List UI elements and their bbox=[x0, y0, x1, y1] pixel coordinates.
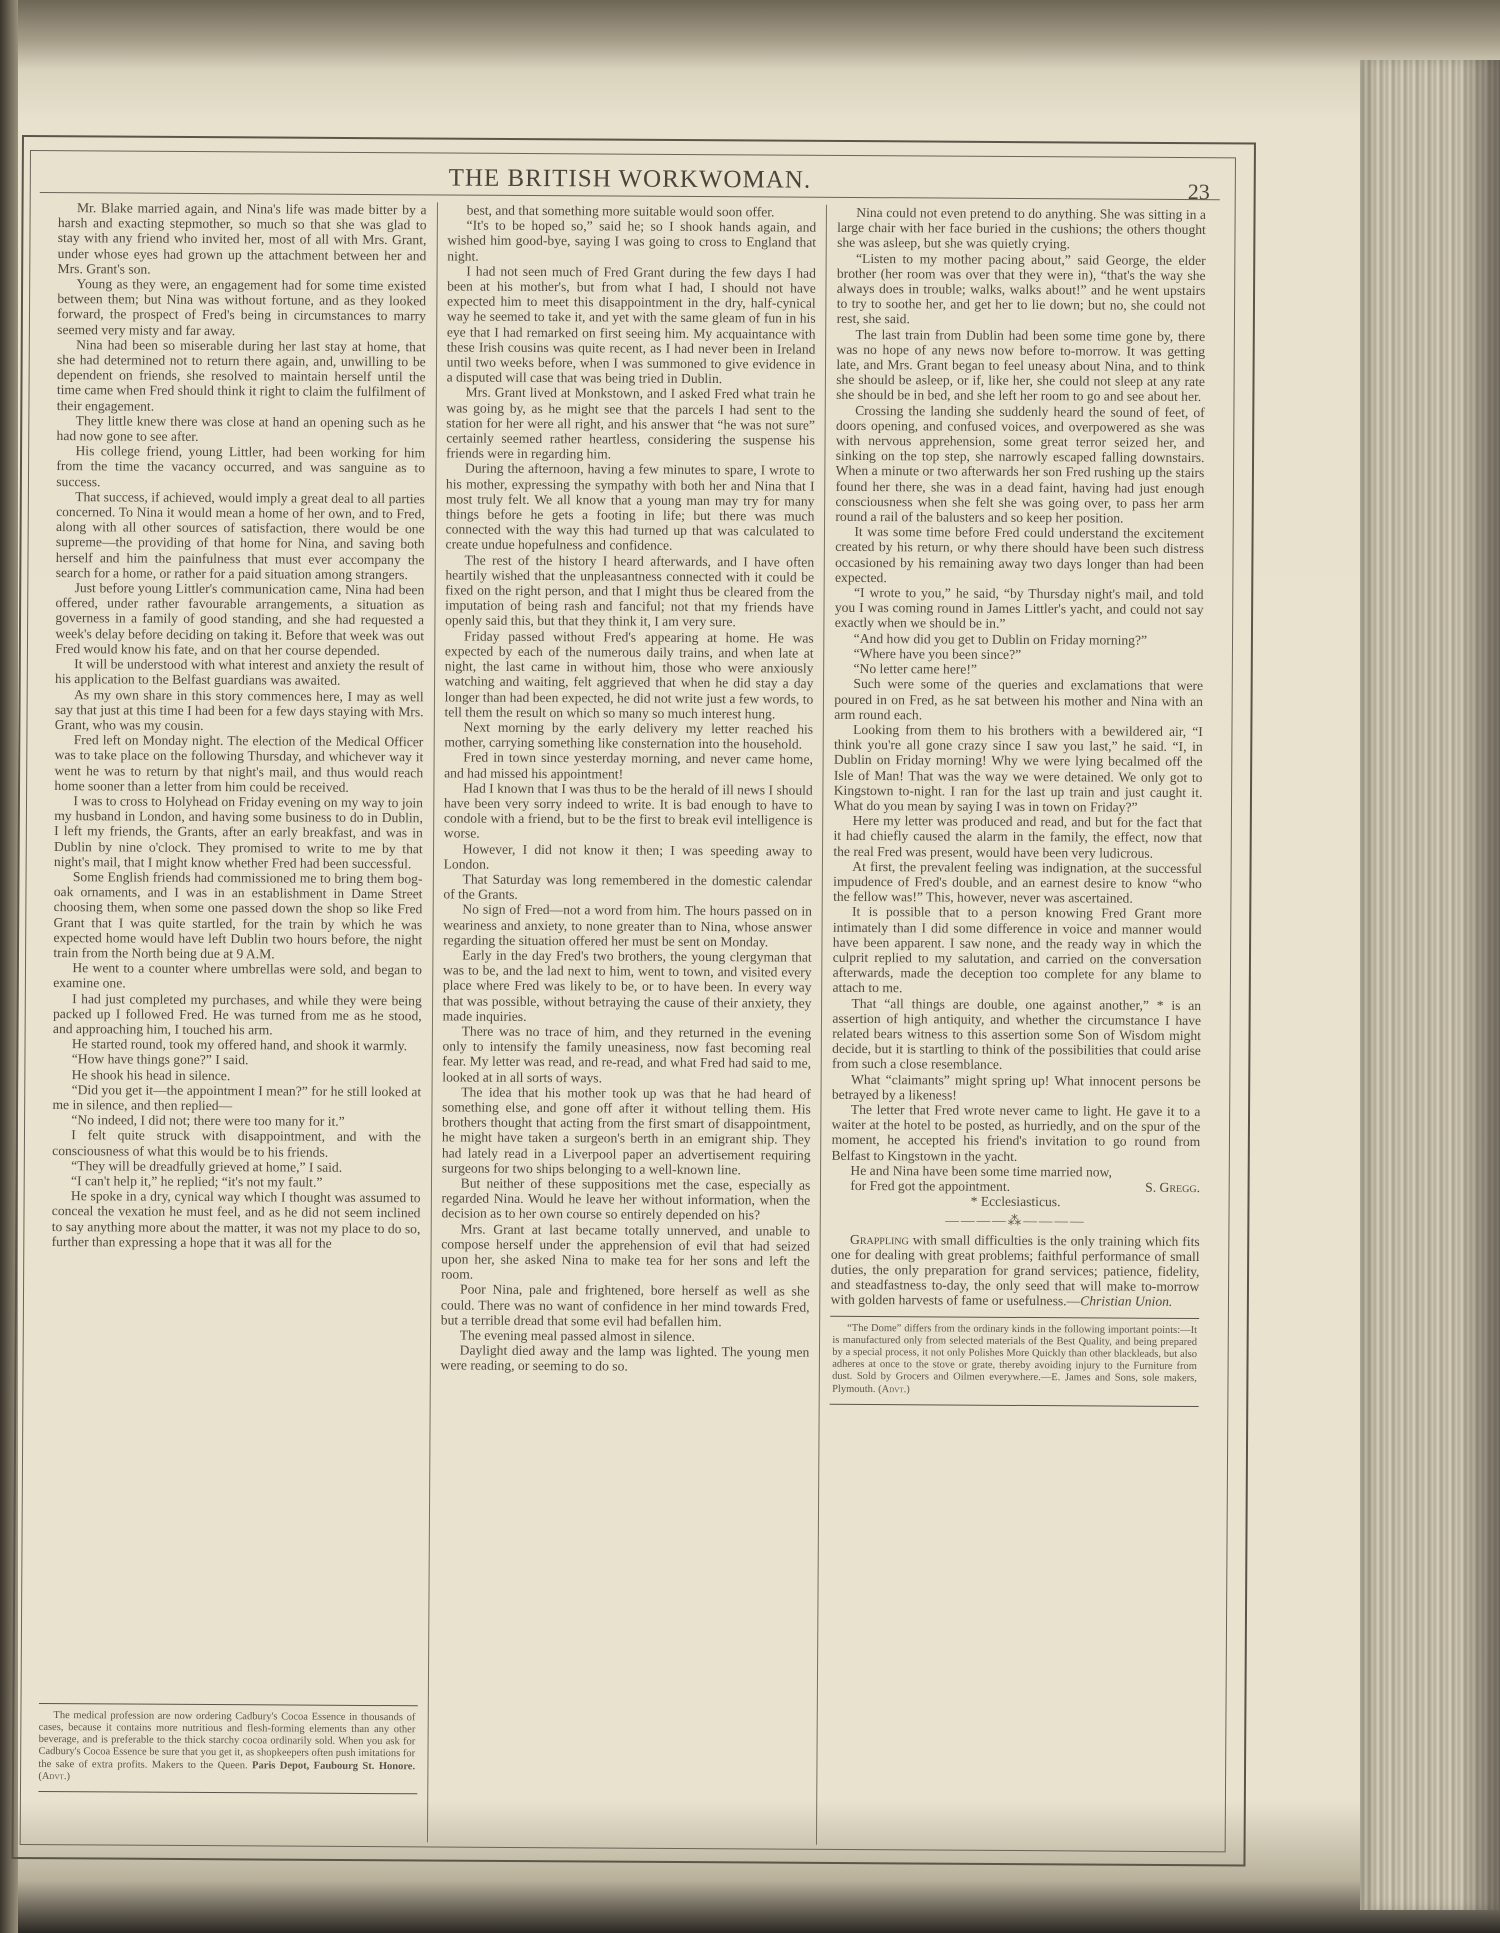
story-paragraph: “It's to be hoped so,” said he; so I sho… bbox=[447, 218, 816, 266]
story-paragraph: I had just completed my purchases, and w… bbox=[53, 991, 422, 1039]
column-left: Mr. Blake married again, and Nina's life… bbox=[38, 200, 437, 1842]
footnote: * Ecclesiasticus. bbox=[831, 1193, 1200, 1210]
story-paragraph: I felt quite struck with disappointment,… bbox=[52, 1127, 421, 1160]
story-paragraph: Friday passed without Fred's appearing a… bbox=[445, 628, 814, 721]
story-paragraph: I was to cross to Holyhead on Friday eve… bbox=[54, 793, 423, 871]
story-paragraph: The letter that Fred wrote never came to… bbox=[831, 1102, 1200, 1165]
story-paragraph: Fred in town since yesterday morning, an… bbox=[444, 750, 813, 783]
story-paragraph: Young as they were, an engagement had fo… bbox=[57, 276, 426, 339]
story-paragraph: However, I did not know it then; I was s… bbox=[444, 841, 813, 874]
story-paragraph: That Saturday was long remembered in the… bbox=[443, 871, 812, 904]
story-paragraph: Had I known that I was thus to be the he… bbox=[444, 780, 813, 843]
story-paragraph: That success, if achieved, would imply a… bbox=[56, 489, 425, 582]
column-right: Nina could not even pretend to do anythi… bbox=[816, 205, 1216, 1847]
page-number: 23 bbox=[1188, 179, 1210, 205]
story-paragraph: Some English friends had commissioned me… bbox=[53, 869, 422, 962]
ad-address: Paris Depot, Faubourg St. Honore. bbox=[252, 1760, 415, 1772]
advertisement-text: The medical profession are now ordering … bbox=[38, 1710, 415, 1786]
author-name: S. Gregg. bbox=[1126, 1180, 1200, 1196]
quote-source: Christian Union. bbox=[1080, 1294, 1172, 1310]
advertisement: The medical profession are now ordering … bbox=[38, 1703, 417, 1795]
story-paragraph: Looking from them to his brothers with a… bbox=[834, 722, 1203, 815]
story-paragraph: “Did you get it—the appointment I mean?”… bbox=[52, 1082, 421, 1115]
story-paragraph: Nina had been so miserable during her la… bbox=[57, 337, 426, 415]
story-paragraph: His college friend, young Littler, had b… bbox=[56, 443, 425, 491]
story-paragraph: “How have things gone?” I said. bbox=[53, 1051, 422, 1068]
story-paragraph: They little knew there was close at hand… bbox=[57, 413, 426, 446]
story-paragraph: It was some time before Fred could under… bbox=[835, 524, 1204, 587]
story-paragraph: Daylight died away and the lamp was ligh… bbox=[441, 1343, 810, 1376]
story-paragraph: But neither of these suppositions met th… bbox=[441, 1175, 810, 1223]
story-paragraph: Early in the day Fred's two brothers, th… bbox=[443, 947, 812, 1025]
story-paragraph: The rest of the history I heard afterwar… bbox=[445, 552, 814, 630]
quote-lead-word: Grappling bbox=[850, 1232, 909, 1247]
story-paragraph: Mrs. Grant lived at Monkstown, and I ask… bbox=[446, 385, 815, 463]
story-paragraph: As my own share in this story commences … bbox=[55, 687, 424, 735]
signature-text: for Fred got the appointment. bbox=[831, 1178, 1010, 1194]
section-ornament: ————⁂———— bbox=[831, 1212, 1200, 1229]
story-paragraph: The last train from Dublin had been some… bbox=[836, 326, 1205, 404]
text-columns: Mr. Blake married again, and Nina's life… bbox=[38, 200, 1216, 1847]
story-paragraph: Fred left on Monday night. The election … bbox=[54, 732, 423, 795]
book-page-edges bbox=[1360, 60, 1500, 1910]
column-middle: best, and that something more suitable w… bbox=[427, 202, 827, 1844]
story-paragraph: Such were some of the queries and exclam… bbox=[834, 676, 1203, 724]
story-paragraph: He spoke in a dry, cynical way which I t… bbox=[52, 1188, 421, 1251]
story-paragraph: He went to a counter where umbrellas wer… bbox=[53, 960, 422, 993]
quote-paragraph: Grappling with small difficulties is the… bbox=[831, 1231, 1200, 1309]
story-paragraph: Poor Nina, pale and frightened, bore her… bbox=[441, 1282, 810, 1330]
advertisement: “The Dome” differs from the ordinary kin… bbox=[830, 1315, 1199, 1406]
story-paragraph: What “claimants” might spring up! What i… bbox=[832, 1071, 1201, 1104]
story-paragraph: Mr. Blake married again, and Nina's life… bbox=[58, 200, 427, 278]
story-paragraph: It is possible that to a person knowing … bbox=[832, 904, 1201, 997]
publication-title: THE BRITISH WORKWOMAN. bbox=[40, 162, 1220, 197]
ad-tag: (Advt.) bbox=[878, 1384, 910, 1395]
story-paragraph: “I wrote to you,” he said, “by Thursday … bbox=[835, 585, 1204, 633]
story-paragraph: At first, the prevalent feeling was indi… bbox=[833, 859, 1202, 907]
story-paragraph: No sign of Fred—not a word from him. The… bbox=[443, 902, 812, 950]
story-paragraph: I had not seen much of Fred Grant during… bbox=[447, 263, 816, 387]
story-paragraph: Nina could not even pretend to do anythi… bbox=[837, 205, 1206, 253]
story-paragraph: Mrs. Grant at last became totally unnerv… bbox=[441, 1221, 810, 1284]
page-header: THE BRITISH WORKWOMAN. 23 bbox=[40, 158, 1220, 200]
story-paragraph: During the afternoon, having a few minut… bbox=[446, 461, 815, 554]
story-paragraph: That “all things are double, one against… bbox=[832, 995, 1201, 1073]
ad-tag: (Advt.) bbox=[38, 1771, 70, 1782]
story-paragraph: “Listen to my mother pacing about,” said… bbox=[837, 250, 1206, 328]
advertisement-text: “The Dome” differs from the ordinary kin… bbox=[832, 1322, 1197, 1397]
story-paragraph: The idea that his mother took up was tha… bbox=[442, 1084, 811, 1177]
signature-line: for Fred got the appointment.S. Gregg. bbox=[831, 1178, 1200, 1195]
story-paragraph: Here my letter was produced and read, an… bbox=[833, 813, 1202, 861]
story-paragraph: Just before young Littler's communicatio… bbox=[55, 580, 424, 658]
story-paragraph: Crossing the landing she suddenly heard … bbox=[835, 402, 1204, 526]
story-paragraph: Next morning by the early delivery my le… bbox=[444, 719, 813, 752]
story-paragraph: It will be understood with what interest… bbox=[55, 656, 424, 689]
story-paragraph: There was no trace of him, and they retu… bbox=[442, 1023, 811, 1086]
